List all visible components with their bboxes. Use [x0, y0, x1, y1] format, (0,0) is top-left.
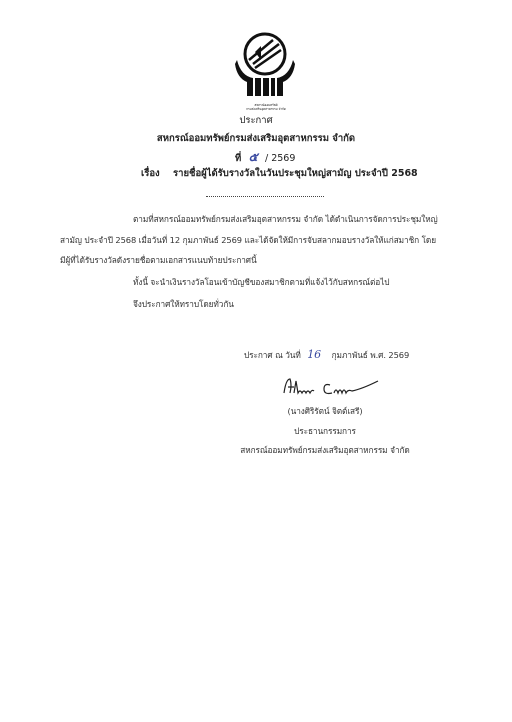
paragraph1-line2: สามัญ ประจำปี 2568 เมื่อวันที่ 12 กุมภาพ… — [60, 233, 436, 247]
date-month-year: กุมภาพันธ์ พ.ศ. 2569 — [332, 350, 410, 360]
number-label: ที่ — [235, 153, 241, 164]
paragraph1-line3: มีผู้ที่ได้รับรางวัลดังรายชื่อตามเอกสารแ… — [60, 253, 257, 267]
signatory-position: ประธานกรรมการ — [0, 424, 512, 438]
date-prefix: ประกาศ ณ วันที่ — [244, 350, 301, 360]
subject-text: รายชื่อผู้ได้รับรางวัลในวันประชุมใหญ่สาม… — [173, 168, 418, 179]
paragraph2: ทั้งนี้ จะนำเงินรางวัลโอนเข้าบัญชีของสมา… — [133, 275, 389, 289]
document-number: ที่ ๕ / 2569 — [235, 148, 295, 167]
handwritten-signature-icon — [282, 375, 382, 403]
announcement-date: ประกาศ ณ วันที่ 16 กุมภาพันธ์ พ.ศ. 2569 — [244, 348, 409, 362]
organization-title: สหกรณ์ออมทรัพย์กรมส่งเสริมอุตสาหกรรม จำก… — [0, 131, 512, 146]
date-day-handwritten: 16 — [307, 348, 321, 361]
divider-dotted — [206, 196, 324, 197]
signatory-organization: สหกรณ์ออมทรัพย์กรมส่งเสริมอุตสาหกรรม จำก… — [0, 443, 512, 457]
number-handwritten: ๕ — [249, 150, 258, 164]
paragraph1-line1: ตามที่สหกรณ์ออมทรัพย์กรมส่งเสริมอุตสาหกร… — [133, 212, 438, 226]
cooperative-emblem-icon — [233, 30, 297, 102]
signatory-name: (นางศิริรัตน์ จิตต์เสรี) — [0, 404, 512, 418]
paragraph3: จึงประกาศให้ทราบโดยทั่วกัน — [133, 297, 234, 311]
logo-caption: สหกรณ์ออมทรัพย์ กรมส่งเสริมอุตสาหกรรม จำ… — [236, 104, 296, 111]
subject-label: เรื่อง — [141, 168, 160, 179]
announcement-label: ประกาศ — [0, 113, 512, 128]
logo-caption-line2: กรมส่งเสริมอุตสาหกรรม จำกัด — [236, 108, 296, 112]
number-year: / 2569 — [265, 153, 295, 164]
subject-line: เรื่อง รายชื่อผู้ได้รับรางวัลในวันประชุม… — [141, 166, 418, 181]
